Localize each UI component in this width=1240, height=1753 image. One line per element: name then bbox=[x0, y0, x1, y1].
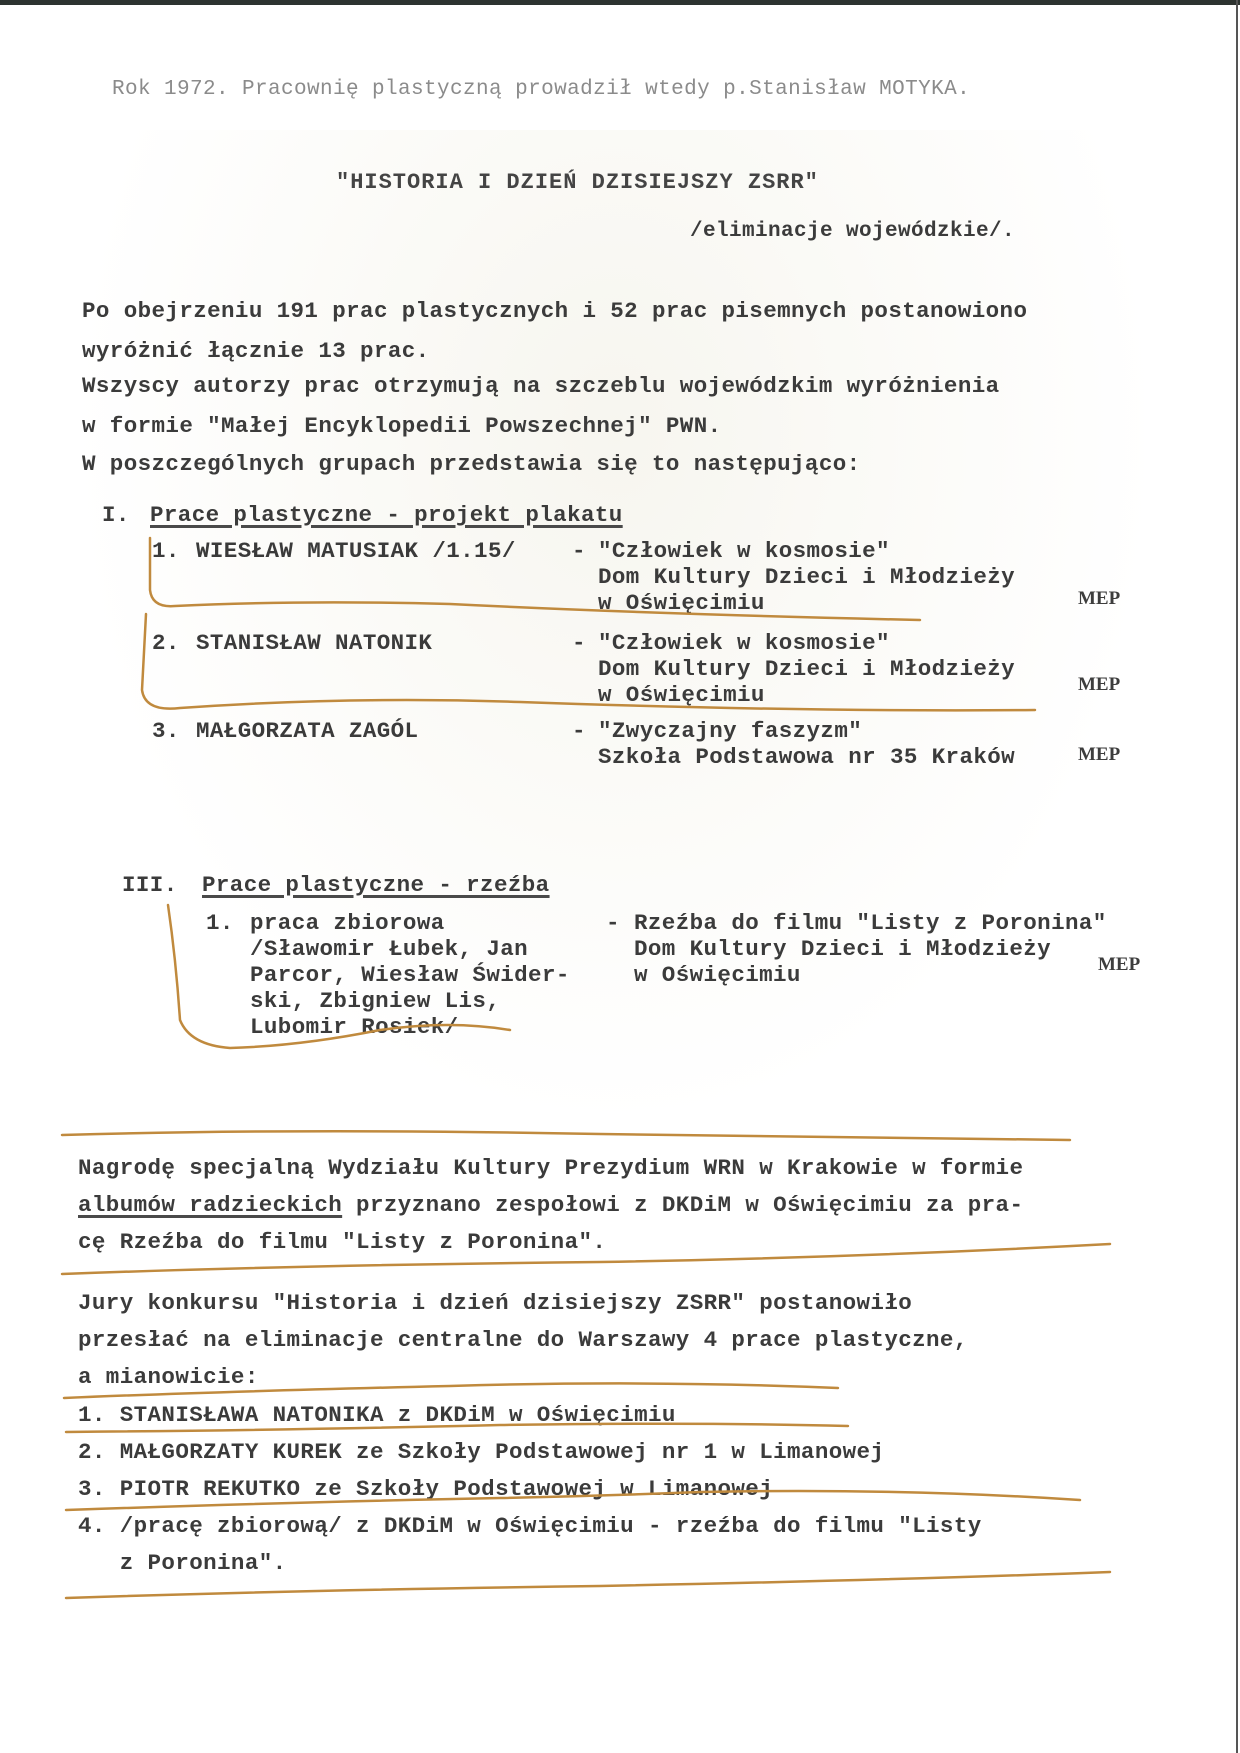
entry-title: Rzeźba do filmu "Listy z Poronina" bbox=[634, 910, 1107, 936]
jury-item: 2. MAŁGORZATY KUREK ze Szkoły Podstawowe… bbox=[78, 1439, 884, 1465]
section-1-number: I. bbox=[102, 502, 130, 528]
jury-item: 3. PIOTR REKUTKO ze Szkoły Podstawowej w… bbox=[78, 1476, 773, 1502]
entry-author-line: praca zbiorowa bbox=[250, 910, 445, 936]
entry-number: 1. bbox=[206, 910, 234, 936]
entry-author: WIESŁAW MATUSIAK /1.15/ bbox=[196, 538, 516, 564]
scan-top-edge bbox=[0, 0, 1240, 5]
entry-location: w Oświęcimiu bbox=[598, 590, 765, 616]
intro-line: w formie "Małej Encyklopedii Powszechnej… bbox=[82, 413, 722, 439]
mep-mark: MEP bbox=[1078, 674, 1120, 696]
entry-author: STANISŁAW NATONIK bbox=[196, 630, 432, 656]
section-3-number: III. bbox=[122, 872, 178, 898]
entry-institution: Dom Kultury Dzieci i Młodzieży bbox=[598, 564, 1015, 590]
jury-line: Jury konkursu "Historia i dzień dzisiejs… bbox=[78, 1290, 912, 1316]
jury-item: z Poronina". bbox=[78, 1550, 287, 1576]
jury-item: 1. STANISŁAWA NATONIKA z DKDiM w Oświęci… bbox=[78, 1402, 676, 1428]
award-line-2-rest: przyznano zespołowi z DKDiM w Oświęcimiu… bbox=[342, 1192, 1023, 1218]
entry-author-line: Parcor, Wiesław Świder- bbox=[250, 962, 570, 988]
award-line: Nagrodę specjalną Wydziału Kultury Prezy… bbox=[78, 1155, 1023, 1181]
entry-title: "Człowiek w kosmosie" bbox=[598, 630, 890, 656]
entry-author-line: ski, Zbigniew Lis, bbox=[250, 988, 500, 1014]
entry-institution: Szkoła Podstawowa nr 35 Kraków bbox=[598, 744, 1015, 770]
entry-author-line: /Sławomir Łubek, Jan bbox=[250, 936, 528, 962]
entry-location: w Oświęcimiu bbox=[598, 682, 765, 708]
section-1-heading: Prace plastyczne - projekt plakatu bbox=[150, 502, 623, 528]
intro-line: Wszyscy autorzy prac otrzymują na szczeb… bbox=[82, 373, 1000, 399]
entry-author-line: Lubomir Rosiek/ bbox=[250, 1014, 459, 1040]
document-subtitle: /eliminacje wojewódzkie/. bbox=[690, 220, 1015, 243]
mep-mark: MEP bbox=[1098, 954, 1140, 976]
entry-title: "Człowiek w kosmosie" bbox=[598, 538, 890, 564]
entry-dash: - bbox=[606, 910, 620, 936]
mep-mark: MEP bbox=[1078, 744, 1120, 766]
scan-right-edge bbox=[1236, 0, 1238, 1753]
award-top-line bbox=[62, 1131, 1070, 1140]
entry-dash: - bbox=[572, 538, 586, 564]
entry-institution: Dom Kultury Dzieci i Młodzieży bbox=[598, 656, 1015, 682]
entry-dash: - bbox=[572, 630, 586, 656]
jury-line: przesłać na eliminacje centralne do Wars… bbox=[78, 1327, 968, 1353]
entry-number: 3. bbox=[152, 718, 180, 744]
jury-item: 4. /pracę zbiorową/ z DKDiM w Oświęcimiu… bbox=[78, 1513, 982, 1539]
entry-dash: - bbox=[572, 718, 586, 744]
jury-line: a mianowicie: bbox=[78, 1364, 259, 1390]
entry-number: 2. bbox=[152, 630, 180, 656]
entry-number: 1. bbox=[152, 538, 180, 564]
entry-institution: Dom Kultury Dzieci i Młodzieży bbox=[634, 936, 1051, 962]
entry-author: MAŁGORZATA ZAGÓL bbox=[196, 718, 418, 744]
mep-mark: MEP bbox=[1078, 588, 1120, 610]
award-line-2: albumów radzieckich przyznano zespołowi … bbox=[78, 1192, 1023, 1218]
section-3-heading: Prace plastyczne - rzeźba bbox=[202, 872, 550, 898]
header-note: Rok 1972. Pracownię plastyczną prowadził… bbox=[112, 78, 970, 101]
intro-line: W poszczególnych grupach przedstawia się… bbox=[82, 451, 861, 477]
entry-location: w Oświęcimiu bbox=[634, 962, 801, 988]
award-line: cę Rzeźba do filmu "Listy z Poronina". bbox=[78, 1229, 606, 1255]
entry-title: "Zwyczajny faszyzm" bbox=[598, 718, 862, 744]
document-title: "HISTORIA I DZIEŃ DZISIEJSZY ZSRR" bbox=[336, 170, 819, 195]
award-underlined-phrase: albumów radzieckich bbox=[78, 1192, 342, 1218]
intro-line: Po obejrzeniu 191 prac plastycznych i 52… bbox=[82, 298, 1027, 324]
intro-line: wyróżnić łącznie 13 prac. bbox=[82, 338, 430, 364]
